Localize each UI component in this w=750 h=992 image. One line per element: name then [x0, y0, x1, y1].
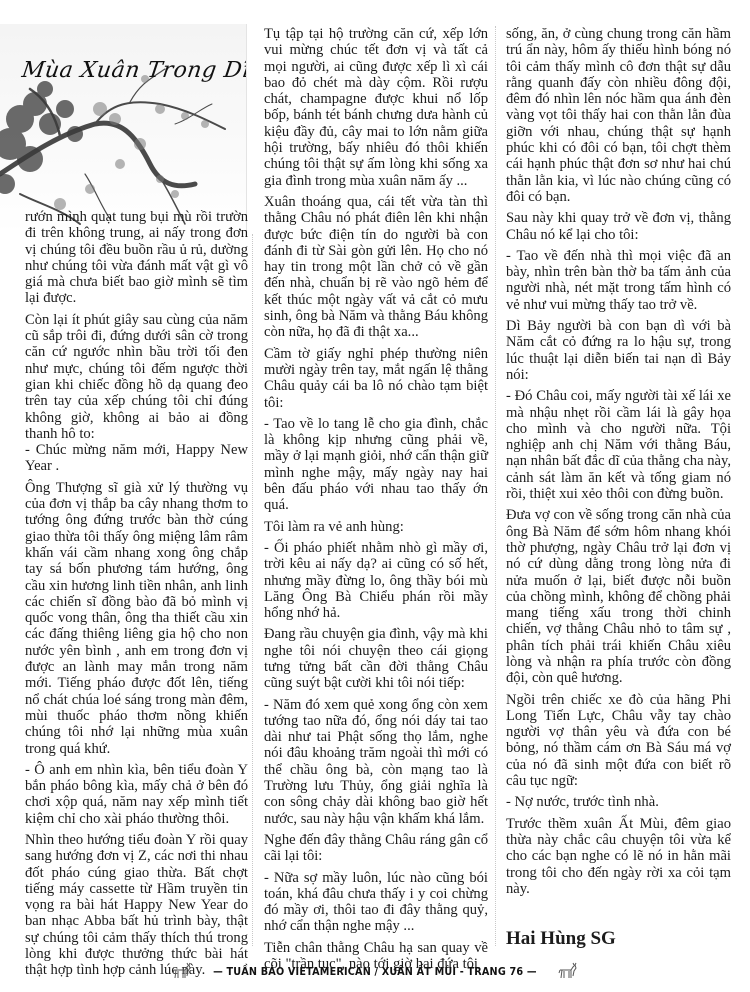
column-divider [495, 26, 496, 946]
page-footer: — TUẦN BÁO VIETAMERICAN / XUÂN ẤT MÙI - … [0, 959, 750, 985]
article-column-2: Tụ tập tại hộ trường căn cứ, xếp lớn vui… [264, 26, 488, 977]
paragraph: Còn lại ít phút giây sau cùng của năm cũ… [25, 312, 248, 442]
paragraph: Tụ tập tại hộ trường căn cứ, xếp lớn vui… [264, 26, 488, 189]
column-divider [252, 234, 253, 946]
paragraph: Nghe đến đây thằng Châu ráng gân cổ cãi … [264, 832, 488, 865]
paragraph: Tôi làm ra vẻ anh hùng: [264, 519, 488, 535]
header-illustration: Mùa Xuân Trong Dĩ Vãng [0, 24, 247, 234]
goat-icon [171, 961, 193, 983]
paragraph: - Chúc mừng năm mới, Happy New Year . [25, 442, 248, 475]
paragraph: Đang rầu chuyện gia đình, vậy mà khi ngh… [264, 626, 488, 691]
plum-blossom-branch-icon [0, 24, 246, 234]
footer-publication-info: — TUẦN BÁO VIETAMERICAN / XUÂN ẤT MÙI - … [213, 966, 537, 978]
paragraph: - Nữa sợ mầy luôn, lúc nào cũng bói toán… [264, 870, 488, 935]
article-column-1: rướn mình quạt tung bụi mù rồi trườn đi … [25, 209, 248, 984]
paragraph: - Năm đó xem quẻ xong ổng còn xem tướng … [264, 697, 488, 827]
paragraph: - Ối pháo phiết nhằm nhò gì mầy ơi, trời… [264, 540, 488, 621]
author-signature: Hai Hùng SG [506, 931, 731, 947]
paragraph: Ngồi trên chiếc xe đò của hãng Phi Long … [506, 692, 731, 790]
paragraph: Xuân thoáng qua, cái tết vừa tàn thì thằ… [264, 194, 488, 341]
paragraph: Dì Bảy người bà con bạn dì với bà Năm cắ… [506, 318, 731, 383]
paragraph: - Tao về đến nhà thì mọi việc đã an bày,… [506, 248, 731, 313]
magazine-page: Mùa Xuân Trong Dĩ Vãng rướn mình quạt tu… [0, 0, 750, 992]
paragraph: sống, ăn, ở cùng chung trong căn hầm trú… [506, 26, 731, 205]
paragraph: Sau này khi quay trở về đơn vị, thằng Ch… [506, 210, 731, 243]
goat-icon [557, 961, 579, 983]
paragraph: Nhìn theo hướng tiểu đoàn Y rồi quay san… [25, 832, 248, 979]
paragraph: rướn mình quạt tung bụi mù rồi trườn đi … [25, 209, 248, 307]
paragraph: - Đó Châu coi, mấy người tài xế lái xe m… [506, 388, 731, 502]
paragraph: Trước thềm xuân Ất Mùi, đêm giao thừa nà… [506, 816, 731, 897]
paragraph: Ông Thượng sĩ già xử lý thường vụ của đơ… [25, 480, 248, 757]
paragraph: - Nợ nước, trước tình nhà. [506, 794, 731, 810]
paragraph: Đưa vợ con về sống trong căn nhà của ông… [506, 507, 731, 686]
paragraph: - Ô anh em nhìn kìa, bên tiểu đoàn Y bắn… [25, 762, 248, 827]
article-title: Mùa Xuân Trong Dĩ Vãng [20, 58, 247, 83]
paragraph: - Tao về lo tang lễ cho gia đình, chắc l… [264, 416, 488, 514]
paragraph: Cầm tờ giấy nghỉ phép thường niên mười n… [264, 346, 488, 411]
article-column-3: sống, ăn, ở cùng chung trong căn hầm trú… [506, 26, 731, 952]
